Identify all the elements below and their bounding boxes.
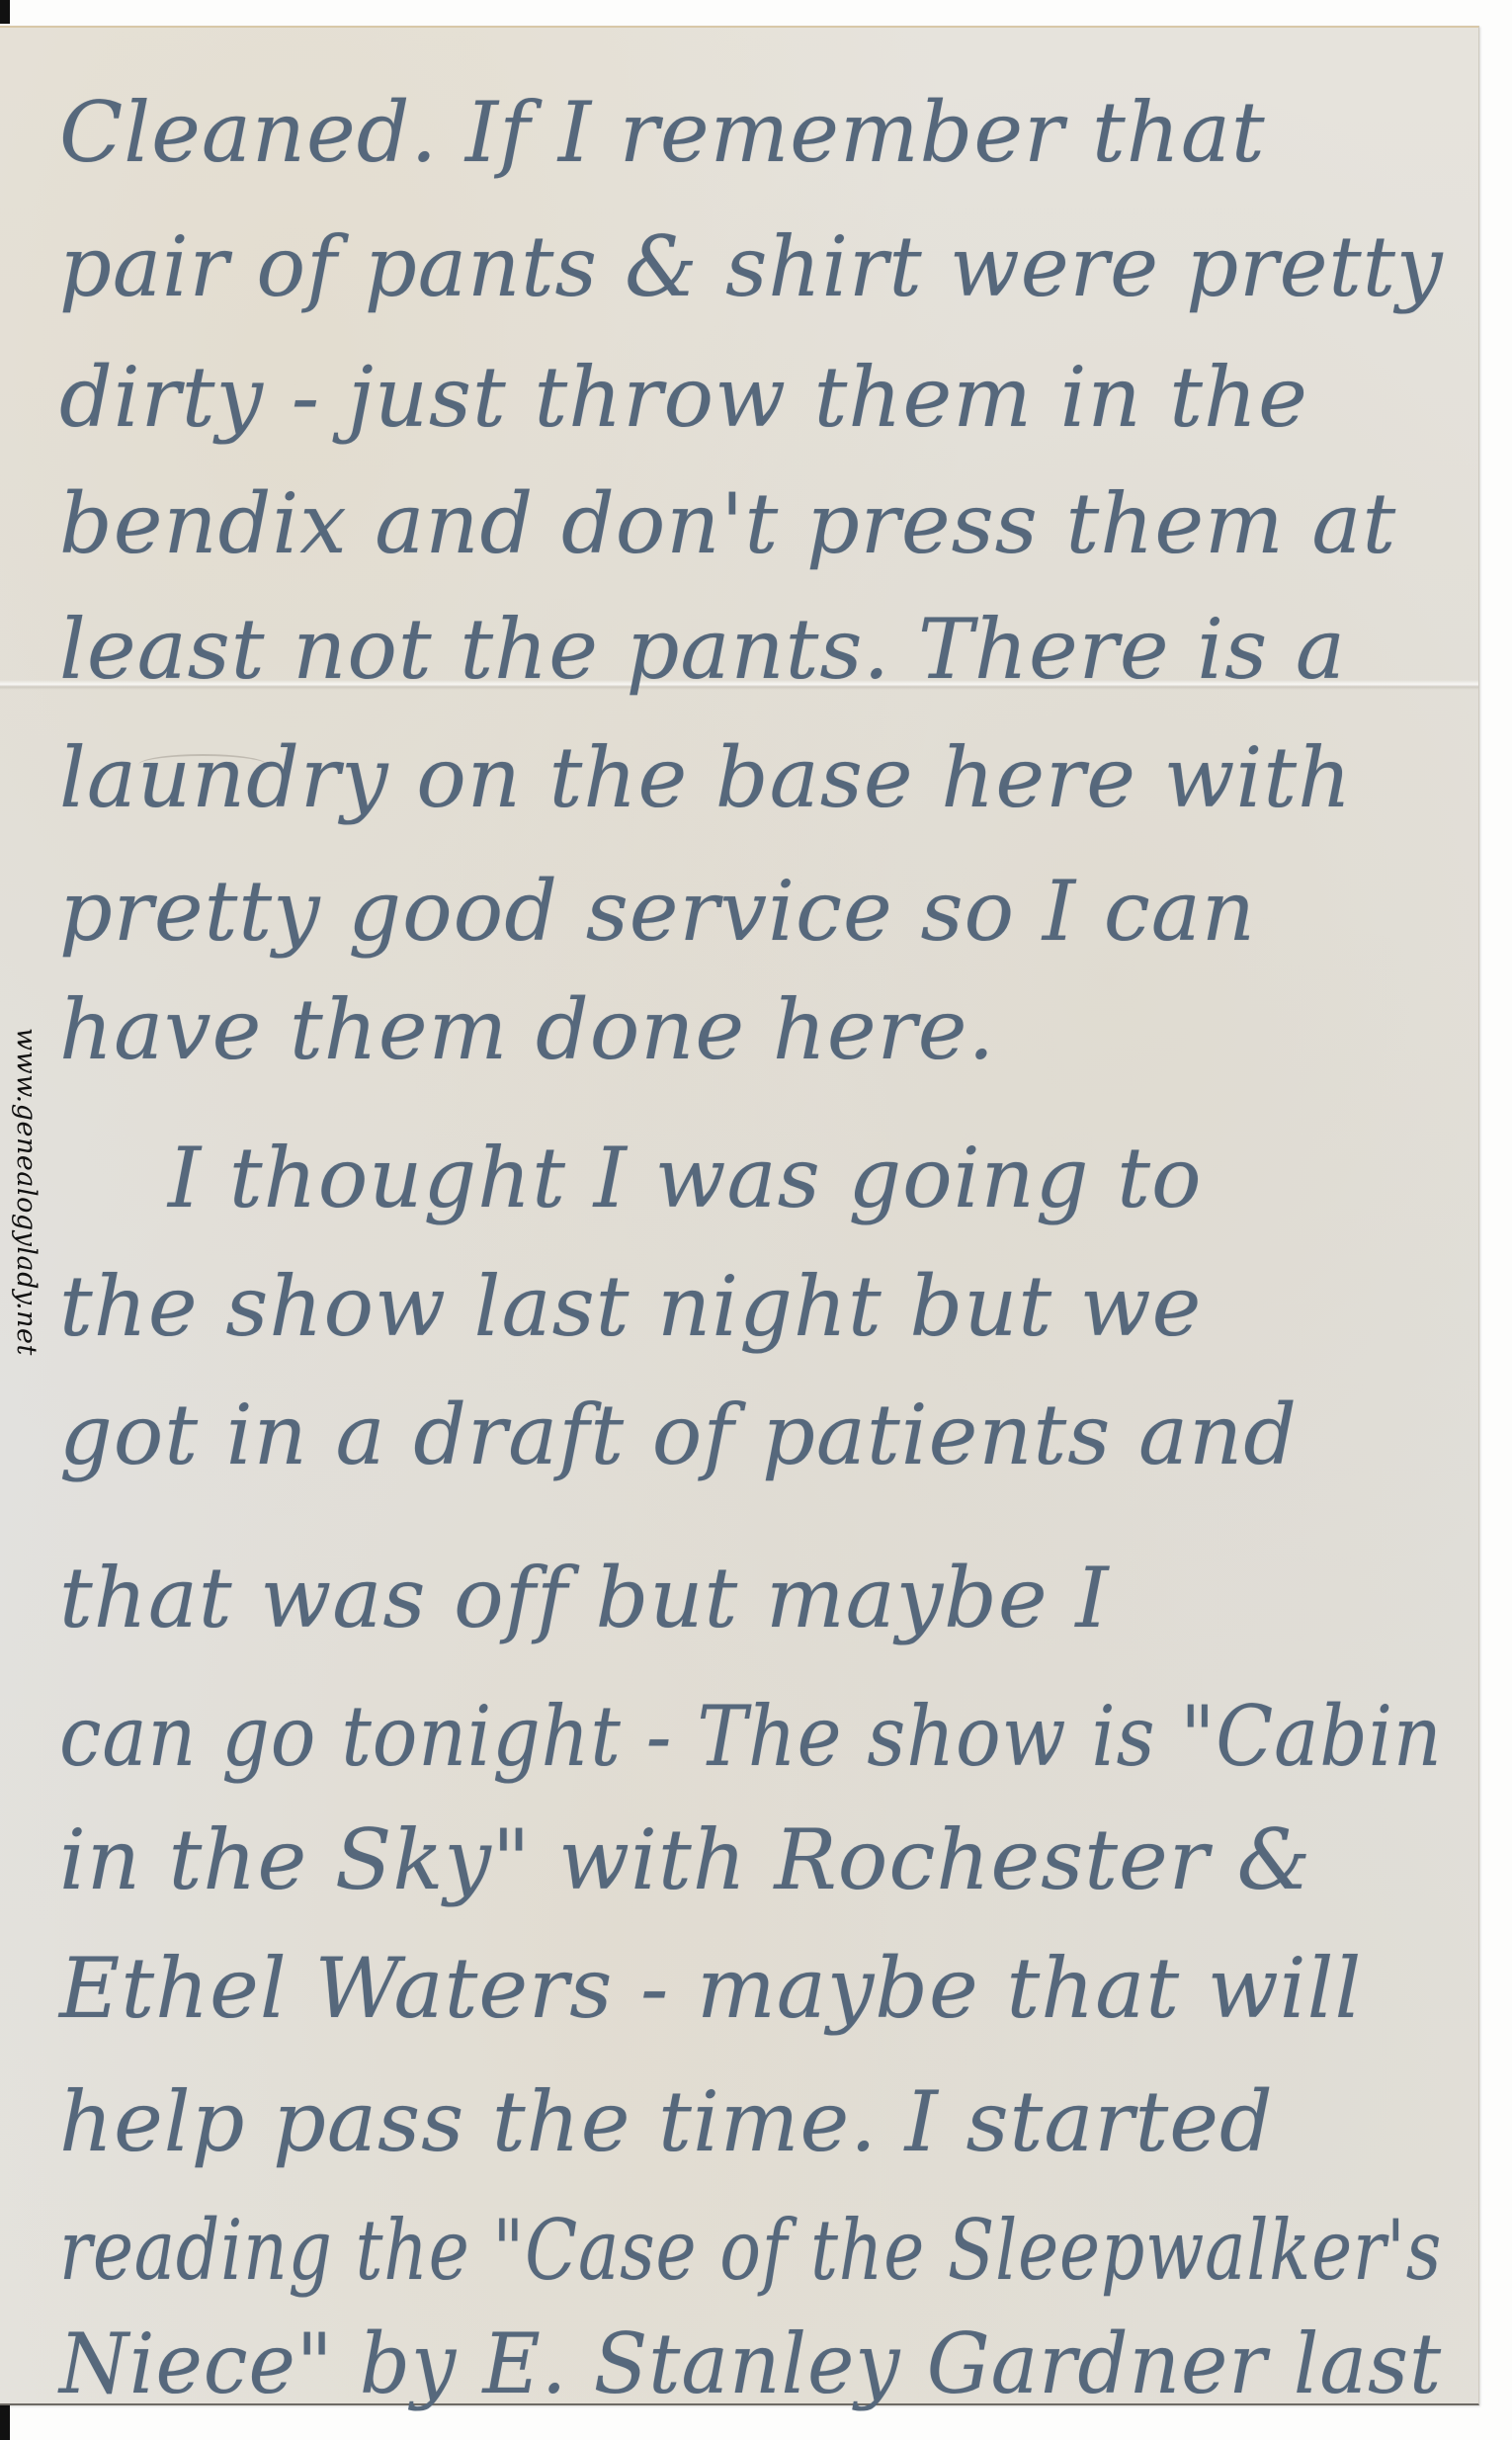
scanner-edge-strip <box>0 0 10 24</box>
letter-line: Cleaned. If I remember that <box>59 91 1146 174</box>
letter-line: got in a draft of patients and <box>59 1393 1298 1476</box>
letter-line: laundry on the base here with <box>59 736 1352 819</box>
letter-line: the show last night but we <box>59 1265 1202 1348</box>
letter-line: Niece" by E. Stanley Gardner last <box>59 2322 1442 2405</box>
letter-line: pretty good service so I can <box>59 870 1256 953</box>
letter-line: pair of pants & shirt were pretty <box>59 225 1444 308</box>
letter-line: I thought I was going to <box>168 1136 1203 1220</box>
letter-line: bendix and don't press them at <box>59 482 1396 565</box>
letter-line: help pass the time. I started <box>59 2080 1274 2163</box>
letter-line: that was off but maybe I <box>59 1557 1110 1640</box>
letter-line: in the Sky" with Rochester & <box>59 1818 1311 1901</box>
letter-line: can go tonight - The show is "Cabin <box>59 1695 1443 1778</box>
watermark-text: www.genealogylady.net <box>11 1028 42 1356</box>
letter-line: have them done here. <box>59 988 995 1071</box>
letter-line: Ethel Waters - maybe that will <box>59 1947 1362 2030</box>
letter-line: reading the "Case of the Sleepwalker's <box>59 2209 1442 2292</box>
letter-line: dirty - just throw them in the <box>59 356 1308 439</box>
letter-line: least not the pants. There is a <box>59 608 1346 691</box>
scanner-edge-strip <box>0 2399 10 2440</box>
